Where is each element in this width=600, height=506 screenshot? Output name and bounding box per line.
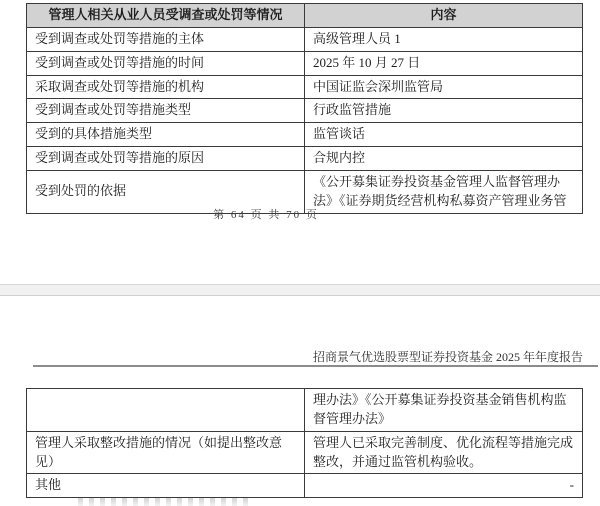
table-row: 其他 -: [27, 474, 583, 498]
pdf-document-view: { "colors": { "table_header_bg": "#d2d2d…: [0, 0, 600, 506]
table-row: 受到调查或处罚等措施的原因 合规内控: [27, 147, 583, 171]
header-rule: [33, 365, 598, 367]
page-break-gap: [0, 284, 600, 296]
table-row: 采取调查或处罚等措施的机构 中国证监会深圳监管局: [27, 75, 583, 99]
row-value-measure-type: 行政监管措施: [305, 99, 583, 123]
row-value-subject: 高级管理人员 1: [305, 27, 583, 51]
row-label-authority: 采取调查或处罚等措施的机构: [27, 75, 305, 99]
row-value-basis-continued: 理办法》《公开募集证券投资基金销售机构监督管理办法》: [305, 389, 583, 432]
personnel-investigation-table: 管理人相关从业人员受调查或处罚等情况 内容 受到调查或处罚等措施的主体 高级管理…: [26, 3, 583, 214]
row-label-time: 受到调查或处罚等措施的时间: [27, 51, 305, 75]
row-value-other: -: [305, 474, 583, 498]
table-row: 管理人采取整改措施的情况（如提出整改意见） 管理人已采取完善制度、优化流程等措施…: [27, 431, 583, 474]
table-row: 受到调查或处罚等措施类型 行政监管措施: [27, 99, 583, 123]
table-row: 受到调查或处罚等措施的主体 高级管理人员 1: [27, 27, 583, 51]
table-row: 理办法》《公开募集证券投资基金销售机构监督管理办法》: [27, 389, 583, 432]
table-header-row: 管理人相关从业人员受调查或处罚等情况 内容: [27, 4, 583, 28]
row-label-subject: 受到调查或处罚等措施的主体: [27, 27, 305, 51]
report-title-header: 招商景气优选股票型证券投资基金 2025 年年度报告: [0, 348, 583, 365]
row-label-basis-continued: [27, 389, 305, 432]
row-label-rectification: 管理人采取整改措施的情况（如提出整改意见）: [27, 431, 305, 474]
row-label-reason: 受到调查或处罚等措施的原因: [27, 147, 305, 171]
row-value-reason: 合规内控: [305, 147, 583, 171]
row-value-specific-measure: 监管谈话: [305, 123, 583, 147]
table-row: 受到的具体措施类型 监管谈话: [27, 123, 583, 147]
row-value-rectification: 管理人已采取完善制度、优化流程等措施完成整改，并通过监管机构验收。: [305, 431, 583, 474]
table-header-situation: 管理人相关从业人员受调查或处罚等情况: [27, 4, 305, 28]
row-label-measure-type: 受到调查或处罚等措施类型: [27, 99, 305, 123]
row-label-other: 其他: [27, 474, 305, 498]
investigation-table-continued: 理办法》《公开募集证券投资基金销售机构监督管理办法》 管理人采取整改措施的情况（…: [26, 388, 583, 498]
row-value-authority: 中国证监会深圳监管局: [305, 75, 583, 99]
clipped-text-fragment: [78, 498, 252, 506]
page-number-footer: 第 64 页 共 70 页: [0, 206, 532, 222]
row-label-specific-measure: 受到的具体措施类型: [27, 123, 305, 147]
table-header-content: 内容: [305, 4, 583, 28]
row-value-time: 2025 年 10 月 27 日: [305, 51, 583, 75]
table-row: 受到调查或处罚等措施的时间 2025 年 10 月 27 日: [27, 51, 583, 75]
